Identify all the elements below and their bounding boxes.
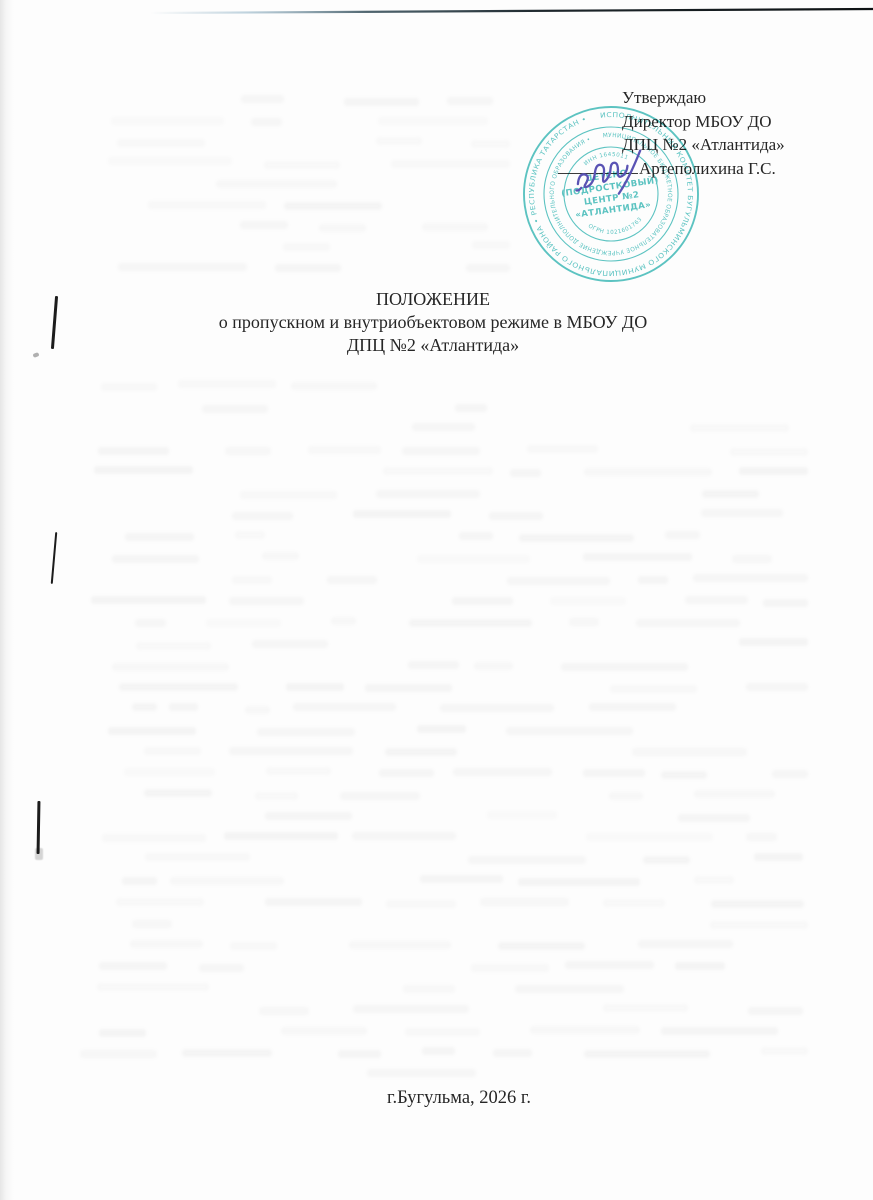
- small-ink-speck: [32, 352, 39, 358]
- bleedthrough-smudge: [417, 555, 530, 563]
- bleedthrough-smudge: [694, 876, 734, 884]
- bleedthrough-smudge: [293, 703, 396, 711]
- bleedthrough-smudge: [199, 964, 244, 972]
- bleedthrough-smudge: [99, 1029, 146, 1037]
- bleedthrough-smudge: [245, 706, 270, 714]
- bleedthrough-smudge: [609, 792, 643, 800]
- bleedthrough-smudge: [746, 683, 808, 691]
- bleedthrough-smudge: [565, 961, 654, 969]
- bleedthrough-smudge: [584, 1050, 710, 1058]
- bleedthrough-smudge: [530, 1026, 640, 1034]
- bleedthrough-smudge: [519, 534, 634, 542]
- bleedthrough-smudge: [112, 663, 229, 671]
- bleedthrough-smudge: [275, 264, 341, 272]
- bleedthrough-smudge: [487, 811, 557, 819]
- bleedthrough-smudge: [367, 1069, 476, 1077]
- bleedthrough-smudge: [229, 597, 304, 605]
- bleedthrough-smudge: [474, 662, 513, 670]
- bleedthrough-smudge: [471, 140, 510, 148]
- bleedthrough-smudge: [283, 243, 330, 251]
- bleedthrough-smudge: [746, 833, 777, 841]
- bleedthrough-smudge: [148, 201, 266, 209]
- bleedthrough-smudge: [286, 683, 344, 691]
- bleedthrough-smudge: [550, 597, 626, 605]
- bleedthrough-smudge: [224, 832, 338, 840]
- title-word: ПОЛОЖЕНИЕ: [0, 288, 866, 311]
- bleedthrough-smudge: [452, 597, 513, 605]
- bleedthrough-smudge: [265, 812, 352, 820]
- bleedthrough-smudge: [327, 576, 377, 584]
- bleedthrough-smudge: [506, 727, 633, 735]
- bleedthrough-smudge: [119, 683, 238, 691]
- bleedthrough-smudge: [264, 161, 340, 169]
- bleedthrough-smudge: [97, 983, 209, 991]
- bleedthrough-smudge: [108, 727, 196, 735]
- bleedthrough-smudge: [589, 703, 676, 711]
- footer-city-year: г.Бугульма, 2026 г.: [387, 1088, 531, 1109]
- bleedthrough-smudge: [583, 553, 692, 561]
- bleedthrough-smudge: [417, 725, 466, 733]
- document-title-block: ПОЛОЖЕНИЕ о пропускном и внутриобъектово…: [0, 288, 866, 357]
- bleedthrough-smudge: [125, 533, 194, 541]
- bleedthrough-smudge: [229, 747, 353, 755]
- bleedthrough-smudge: [507, 577, 610, 585]
- bleedthrough-smudge: [338, 1050, 381, 1058]
- bleedthrough-smudge: [225, 447, 271, 455]
- bleedthrough-smudge: [385, 748, 457, 756]
- bleedthrough-smudge: [112, 555, 199, 563]
- bleedthrough-smudge: [145, 853, 250, 861]
- bleedthrough-smudge: [240, 221, 288, 229]
- bleedthrough-smudge: [108, 157, 232, 165]
- bleedthrough-smudge: [632, 748, 747, 756]
- bleedthrough-smudge: [405, 1028, 480, 1036]
- bleedthrough-smudge: [493, 1049, 532, 1057]
- bleedthrough-smudge: [710, 921, 808, 929]
- bleedthrough-smudge: [251, 118, 282, 126]
- bleedthrough-smudge: [527, 445, 598, 453]
- bleedthrough-smudge: [561, 663, 688, 671]
- bleedthrough-smudge: [693, 574, 808, 582]
- bleedthrough-smudge: [739, 638, 808, 646]
- bleedthrough-smudge: [685, 596, 748, 604]
- bleedthrough-smudge: [678, 814, 750, 822]
- bleedthrough-smudge: [230, 942, 277, 950]
- bleedthrough-smudge: [480, 898, 569, 906]
- bleedthrough-smudge: [135, 619, 166, 627]
- bleedthrough-smudge: [447, 97, 493, 105]
- bleedthrough-smudge: [402, 447, 480, 455]
- bleedthrough-smudge: [471, 964, 549, 972]
- binding-mark-2: [51, 532, 58, 584]
- bleedthrough-smudge: [638, 576, 668, 584]
- bleedthrough-smudge: [353, 510, 451, 518]
- bleedthrough-smudge: [102, 834, 206, 842]
- bleedthrough-smudge: [124, 768, 215, 776]
- bleedthrough-smudge: [252, 640, 328, 648]
- bleedthrough-smudge: [422, 223, 488, 231]
- bleedthrough-smudge: [518, 878, 640, 886]
- bleedthrough-smudge: [466, 264, 510, 272]
- bleedthrough-smudge: [340, 792, 420, 800]
- bleedthrough-smudge: [459, 532, 493, 540]
- bleedthrough-smudge: [352, 832, 456, 840]
- bleedthrough-smudge: [422, 1047, 455, 1055]
- bleedthrough-smudge: [284, 202, 382, 210]
- bleedthrough-smudge: [144, 747, 201, 755]
- bleedthrough-smudge: [117, 139, 205, 147]
- bleedthrough-smudge: [116, 898, 204, 906]
- handwritten-signature: [570, 146, 680, 198]
- bleedthrough-smudge: [379, 769, 434, 777]
- bleedthrough-smudge: [136, 642, 211, 650]
- stamp-ogrn-text: ОГРН 1021601763: [586, 216, 645, 240]
- bleedthrough-smudge: [675, 962, 725, 970]
- scanned-document-page: Утверждаю Директор МБОУ ДО ДПЦ №2 «Атлан…: [0, 0, 873, 1200]
- bleedthrough-smudge: [761, 1047, 808, 1055]
- bleedthrough-smudge: [603, 899, 665, 907]
- bleedthrough-smudge: [319, 224, 366, 232]
- bleedthrough-smudge: [365, 684, 452, 692]
- bleedthrough-smudge: [763, 599, 808, 607]
- bleedthrough-smudge: [266, 767, 331, 775]
- bleedthrough-smudge: [586, 833, 713, 841]
- bleedthrough-smudge: [569, 618, 599, 626]
- bleedthrough-smudge: [378, 117, 488, 125]
- bleedthrough-smudge: [665, 531, 700, 539]
- bleedthrough-smudge: [403, 985, 455, 993]
- bleedthrough-smudge: [409, 619, 532, 627]
- bleedthrough-smudge: [515, 985, 624, 993]
- bleedthrough-smudge: [308, 446, 381, 454]
- bleedthrough-smudge: [748, 1007, 803, 1015]
- bleedthrough-smudge: [344, 98, 419, 106]
- bleedthrough-smudge: [178, 380, 276, 388]
- bleedthrough-smudge: [257, 728, 355, 736]
- bleedthrough-smudge: [241, 95, 284, 103]
- bleedthrough-smudge: [498, 942, 585, 950]
- bleedthrough-smudge: [80, 1050, 157, 1058]
- bleedthrough-smudge: [101, 383, 157, 391]
- bleedthrough-smudge: [331, 617, 356, 625]
- bleedthrough-smudge: [472, 241, 510, 249]
- title-org: ДПЦ №2 «Атлантида»: [0, 334, 866, 357]
- bleedthrough-smudge: [144, 789, 212, 797]
- bleedthrough-smudge: [235, 531, 265, 539]
- bleedthrough-smudge: [130, 940, 203, 948]
- bleedthrough-smudge: [386, 900, 456, 908]
- bleedthrough-smudge: [255, 792, 298, 800]
- bleedthrough-smudge: [694, 790, 775, 798]
- bleedthrough-smudge: [603, 1004, 688, 1012]
- bleedthrough-smudge: [262, 552, 299, 560]
- bleedthrough-smudge: [754, 853, 803, 861]
- bleedthrough-smudge: [170, 877, 284, 885]
- bleedthrough-smudge: [383, 467, 493, 475]
- bleedthrough-smudge: [99, 962, 167, 970]
- bleedthrough-smudge: [455, 404, 487, 412]
- bleedthrough-smudge: [489, 512, 543, 520]
- bleedthrough-smudge: [98, 447, 169, 455]
- bleedthrough-smudge: [132, 920, 172, 928]
- bleedthrough-smudge: [232, 576, 272, 584]
- bleedthrough-smudge: [94, 466, 193, 474]
- bleedthrough-smudge: [661, 1027, 778, 1035]
- binding-mark-3: [37, 801, 41, 854]
- bleedthrough-smudge: [240, 491, 337, 499]
- bleedthrough-smudge: [610, 685, 697, 693]
- bleedthrough-smudge: [690, 424, 789, 432]
- bleedthrough-smudge: [583, 769, 645, 777]
- bleedthrough-smudge: [281, 1027, 367, 1035]
- bleedthrough-smudge: [111, 117, 224, 125]
- bleedthrough-smudge: [636, 619, 740, 627]
- bleedthrough-smudge: [349, 941, 451, 949]
- bleedthrough-smudge: [420, 875, 503, 883]
- bleedthrough-smudge: [182, 1049, 272, 1057]
- bleedthrough-smudge: [291, 382, 377, 390]
- bleedthrough-smudge: [701, 509, 783, 517]
- bleedthrough-smudge: [391, 160, 510, 168]
- bleedthrough-smudge: [661, 771, 707, 779]
- bleedthrough-smudge: [408, 661, 459, 669]
- bleedthrough-smudge: [638, 940, 733, 948]
- bleedthrough-smudge: [772, 770, 808, 778]
- bleedthrough-smudge: [259, 1007, 309, 1015]
- bleedthrough-smudge: [376, 137, 422, 145]
- bleedthrough-smudge: [730, 448, 808, 456]
- bleedthrough-smudge: [206, 619, 281, 627]
- bleedthrough-smudge: [643, 856, 690, 864]
- bleedthrough-smudge: [132, 703, 157, 711]
- bleedthrough-smudge: [739, 467, 808, 475]
- bleedthrough-smudge: [169, 703, 198, 711]
- bleedthrough-smudge: [702, 490, 759, 498]
- bleedthrough-smudge: [118, 263, 247, 271]
- bleedthrough-smudge: [453, 768, 552, 776]
- bleedthrough-smudge: [265, 898, 362, 906]
- bleedthrough-smudge: [468, 856, 586, 864]
- bleedthrough-smudge: [232, 512, 293, 520]
- title-subject: о пропускном и внутриобъектовом режиме в…: [0, 311, 866, 334]
- bleedthrough-smudge: [584, 468, 712, 476]
- bleedthrough-smudge: [122, 877, 157, 885]
- bleedthrough-smudge: [412, 423, 475, 431]
- bleedthrough-smudge: [353, 1005, 469, 1013]
- bleedthrough-smudge: [91, 596, 206, 604]
- bleedthrough-smudge: [440, 704, 554, 712]
- bleedthrough-smudge: [216, 180, 337, 188]
- scan-edge-line: [0, 0, 873, 22]
- bleedthrough-smudge: [510, 469, 541, 477]
- bleedthrough-smudge: [202, 405, 268, 413]
- bleedthrough-smudge: [376, 490, 480, 498]
- bleedthrough-smudge: [732, 555, 772, 563]
- scan-left-edge-shade: [0, 0, 14, 1200]
- bleedthrough-smudge: [711, 900, 804, 908]
